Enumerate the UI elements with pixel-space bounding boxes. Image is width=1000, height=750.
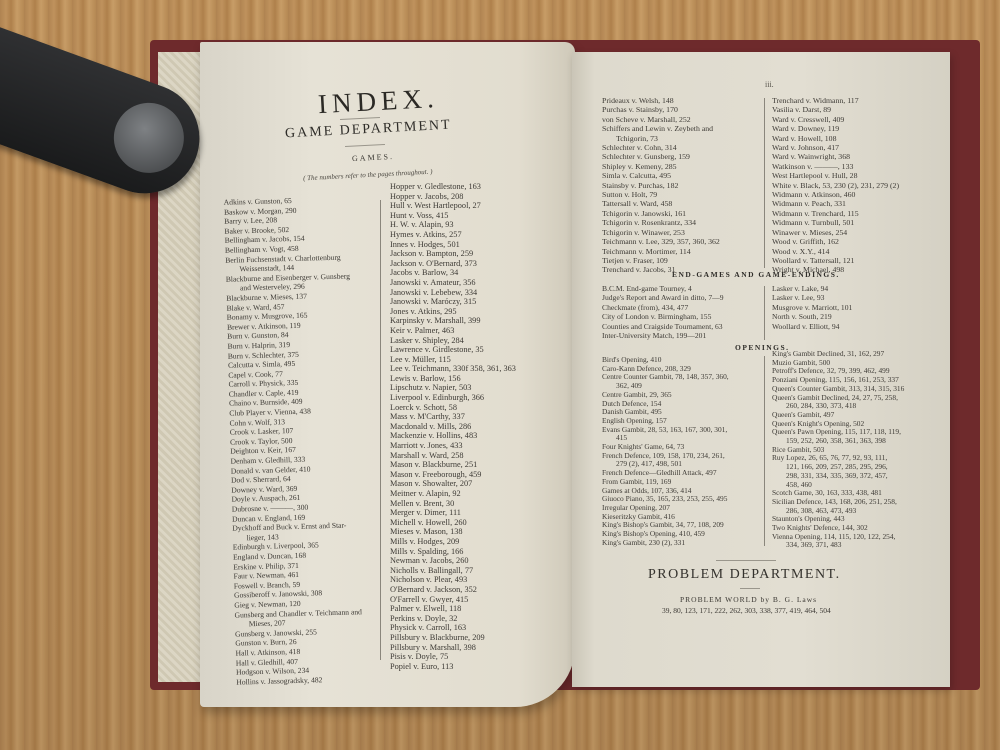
index-entry: Teichmann v. Lee, 329, 357, 360, 362	[602, 237, 720, 246]
index-entry: Schiffers and Lewin v. Zeybeth and	[602, 124, 720, 133]
games-column-1: Adkins v. Gunston, 65Baskow v. Morgan, 2…	[224, 194, 364, 686]
index-entry: Teichmann v. Mortimer, 114	[602, 247, 720, 256]
index-entry: Wood v. Griffith, 162	[772, 237, 899, 246]
index-entry: Winawer v. Mieses, 254	[772, 228, 899, 237]
index-entry: Widmann v. Trenchard, 115	[772, 209, 899, 218]
index-entry: Musgrove v. Marriott, 101	[772, 303, 852, 312]
index-entry: Marriott v. Jones, 433	[390, 441, 516, 451]
index-entry: Perkins v. Doyle, 32	[390, 614, 516, 624]
index-entry: Trenchard v. Widmann, 117	[772, 96, 899, 105]
index-entry: Watkinson v. ———, 133	[772, 162, 899, 171]
index-entry: Loerck v. Schott, 58	[390, 403, 516, 413]
index-entry: West Hartlepool v. Hull, 28	[772, 171, 899, 180]
index-entry: Pisis v. Doyle, 75	[390, 652, 516, 662]
index-entry: Hymes v. Atkins, 257	[390, 230, 516, 240]
index-entry: Mills v. Spalding, 166	[390, 547, 516, 557]
index-entry: Counties and Craigside Tournament, 63	[602, 322, 724, 331]
openings-column-1: Bird's Opening, 410Caro-Kann Defence, 20…	[602, 356, 729, 547]
index-entry: Wood v. X.Y., 414	[772, 247, 899, 256]
index-entry: Woollard v. Elliott, 94	[772, 322, 852, 331]
index-entry: Lee v. Müller, 115	[390, 355, 516, 365]
index-entry: Meitner v. Alapin, 92	[390, 489, 516, 499]
index-entry: Palmer v. Elwell, 118	[390, 604, 516, 614]
index-entry: Ward v. Downey, 119	[772, 124, 899, 133]
index-entry: Ward v. Johnson, 417	[772, 143, 899, 152]
index-entry: Inter-University Match, 199—201	[602, 331, 724, 340]
endgames-heading: END-GAMES AND GAME-ENDINGS.	[672, 270, 840, 279]
index-entry: Woollard v. Tattersall, 121	[772, 256, 899, 265]
index-entry: 334, 369, 371, 483	[772, 541, 904, 550]
index-entry: Jackson v. O'Bernard, 373	[390, 259, 516, 269]
index-title: INDEX.	[317, 83, 439, 120]
index-entry: Innes v. Hodges, 501	[390, 240, 516, 250]
index-entry: Janowski v. Amateur, 356	[390, 278, 516, 288]
openings-column-2: King's Gambit Declined, 31, 162, 297Muzi…	[772, 350, 904, 550]
index-entry: Ward v. Cresswell, 409	[772, 115, 899, 124]
clip-hinge	[104, 93, 194, 183]
problem-department-heading: PROBLEM DEPARTMENT.	[648, 567, 841, 583]
index-entry: Schlechter v. Gunsberg, 159	[602, 152, 720, 161]
index-entry: Schlechter v. Cohn, 314	[602, 143, 720, 152]
index-entry: H. W. v. Alapin, 93	[390, 220, 516, 230]
divider	[716, 560, 776, 561]
index-entry: Prideaux v. Welsh, 148	[602, 96, 720, 105]
games-column-3: Prideaux v. Welsh, 148Purchas v. Stainsb…	[602, 96, 720, 275]
index-entry: Mass v. M'Carthy, 337	[390, 412, 516, 422]
index-entry: Lee v. Teichmann, 330f 358, 361, 363	[390, 364, 516, 374]
index-entry: King's Gambit, 230 (2), 331	[602, 539, 729, 548]
endgames-column-1: B.C.M. End-game Tourney, 4Judge's Report…	[602, 284, 724, 340]
index-entry: Jacobs v. Barlow, 34	[390, 268, 516, 278]
index-entry: Mackenzie v. Hollins, 483	[390, 431, 516, 441]
index-entry: Purchas v. Stainsby, 170	[602, 105, 720, 114]
index-entry: Hopper v. Gledlestone, 163	[390, 182, 516, 192]
page-number: iii.	[765, 80, 774, 89]
index-entry: Stainsby v. Purchas, 182	[602, 181, 720, 190]
index-entry: Jackson v. Bampton, 259	[390, 249, 516, 259]
index-entry: Hull v. West Hartlepool, 27	[390, 201, 516, 211]
problem-world-entry: PROBLEM WORLD by B. G. Laws	[680, 595, 817, 604]
index-entry: Nicholson v. Plear, 493	[390, 575, 516, 585]
index-entry: von Scheve v. Marshall, 252	[602, 115, 720, 124]
index-entry: Mason v. Showalter, 207	[390, 479, 516, 489]
index-entry: Simla v. Calcutta, 495	[602, 171, 720, 180]
endgames-column-2: Lasker v. Lake, 94Lasker v. Lee, 93Musgr…	[772, 284, 852, 331]
index-entry: Mills v. Hodges, 209	[390, 537, 516, 547]
index-entry: Newman v. Jacobs, 260	[390, 556, 516, 566]
index-entry: Tietjen v. Fraser, 109	[602, 256, 720, 265]
index-entry: Tchigorin v. Winawer, 253	[602, 228, 720, 237]
index-entry: Judge's Report and Award in ditto, 7—9	[602, 293, 724, 302]
index-entry: Pillsbury v. Blackburne, 209	[390, 633, 516, 643]
column-divider	[764, 356, 765, 546]
index-entry: Mason v. Blackburne, 251	[390, 460, 516, 470]
games-column-4: Trenchard v. Widmann, 117Vasilia v. Dars…	[772, 96, 899, 275]
index-entry: B.C.M. End-game Tourney, 4	[602, 284, 724, 293]
games-column-2: Hopper v. Gledlestone, 163Hopper v. Jaco…	[390, 182, 516, 671]
index-entry: Merger v. Dimer, 111	[390, 508, 516, 518]
index-entry: Macdonald v. Mills, 286	[390, 422, 516, 432]
index-entry: Hopper v. Jacobs, 208	[390, 192, 516, 202]
index-entry: Tchigorin, 73	[602, 134, 720, 143]
index-entry: Tchigorin v. Janowski, 161	[602, 209, 720, 218]
index-entry: Mellen v. Brent, 30	[390, 499, 516, 509]
index-entry: O'Farrell v. Gwyer, 415	[390, 595, 516, 605]
index-entry: Lasker v. Lee, 93	[772, 293, 852, 302]
index-entry: Nicholls v. Ballingall, 77	[390, 566, 516, 576]
index-entry: Lasker v. Lake, 94	[772, 284, 852, 293]
index-entry: O'Bernard v. Jackson, 352	[390, 585, 516, 595]
index-entry: Sutton v. Holt, 79	[602, 190, 720, 199]
index-entry: Mieses v. Mason, 138	[390, 527, 516, 537]
index-entry: Widmann v. Peach, 331	[772, 199, 899, 208]
index-entry: Pillsbury v. Marshall, 398	[390, 643, 516, 653]
index-entry: Shipley v. Kemeny, 285	[602, 162, 720, 171]
index-entry: Ward v. Howell, 108	[772, 134, 899, 143]
column-divider	[380, 200, 381, 660]
index-entry: Janowski v. Maróczy, 315	[390, 297, 516, 307]
index-entry: Liverpool v. Edinburgh, 366	[390, 393, 516, 403]
divider	[740, 588, 760, 589]
index-entry: White v. Black, 53, 230 (2), 231, 279 (2…	[772, 181, 899, 190]
index-entry: Karpinsky v. Marshall, 399	[390, 316, 516, 326]
index-entry: Michell v. Howell, 260	[390, 518, 516, 528]
index-entry: Janowski v. Lebebew, 334	[390, 288, 516, 298]
index-entry: Lawrence v. Girdlestone, 35	[390, 345, 516, 355]
index-entry: Lasker v. Shipley, 284	[390, 336, 516, 346]
index-entry: City of London v. Birmingham, 155	[602, 312, 724, 321]
index-entry: Physick v. Carroll, 163	[390, 623, 516, 633]
index-entry: Lewis v. Barlow, 156	[390, 374, 516, 384]
index-entry: Tchigorin v. Rosenkrantz, 334	[602, 218, 720, 227]
index-entry: Marshall v. Ward, 258	[390, 451, 516, 461]
index-entry: North v. South, 219	[772, 312, 852, 321]
index-entry: Tattersall v. Ward, 458	[602, 199, 720, 208]
index-entry: Popiel v. Euro, 113	[390, 662, 516, 672]
index-entry: Widmann v. Turnbull, 501	[772, 218, 899, 227]
index-entry: Hunt v. Voss, 415	[390, 211, 516, 221]
column-divider	[764, 98, 765, 268]
index-entry: Widmann v. Atkinson, 460	[772, 190, 899, 199]
problem-world-pages: 39, 80, 123, 171, 222, 262, 303, 338, 37…	[662, 606, 831, 615]
index-entry: Checkmate (from), 434, 477	[602, 303, 724, 312]
index-entry: Mason v. Freeborough, 459	[390, 470, 516, 480]
index-entry: Vasilia v. Darst, 89	[772, 105, 899, 114]
column-divider	[764, 286, 765, 340]
index-entry: Lipschutz v. Napier, 503	[390, 383, 516, 393]
index-entry: Ward v. Wainwright, 368	[772, 152, 899, 161]
index-entry: Keir v. Palmer, 463	[390, 326, 516, 336]
index-entry: Jones v. Atkins, 295	[390, 307, 516, 317]
